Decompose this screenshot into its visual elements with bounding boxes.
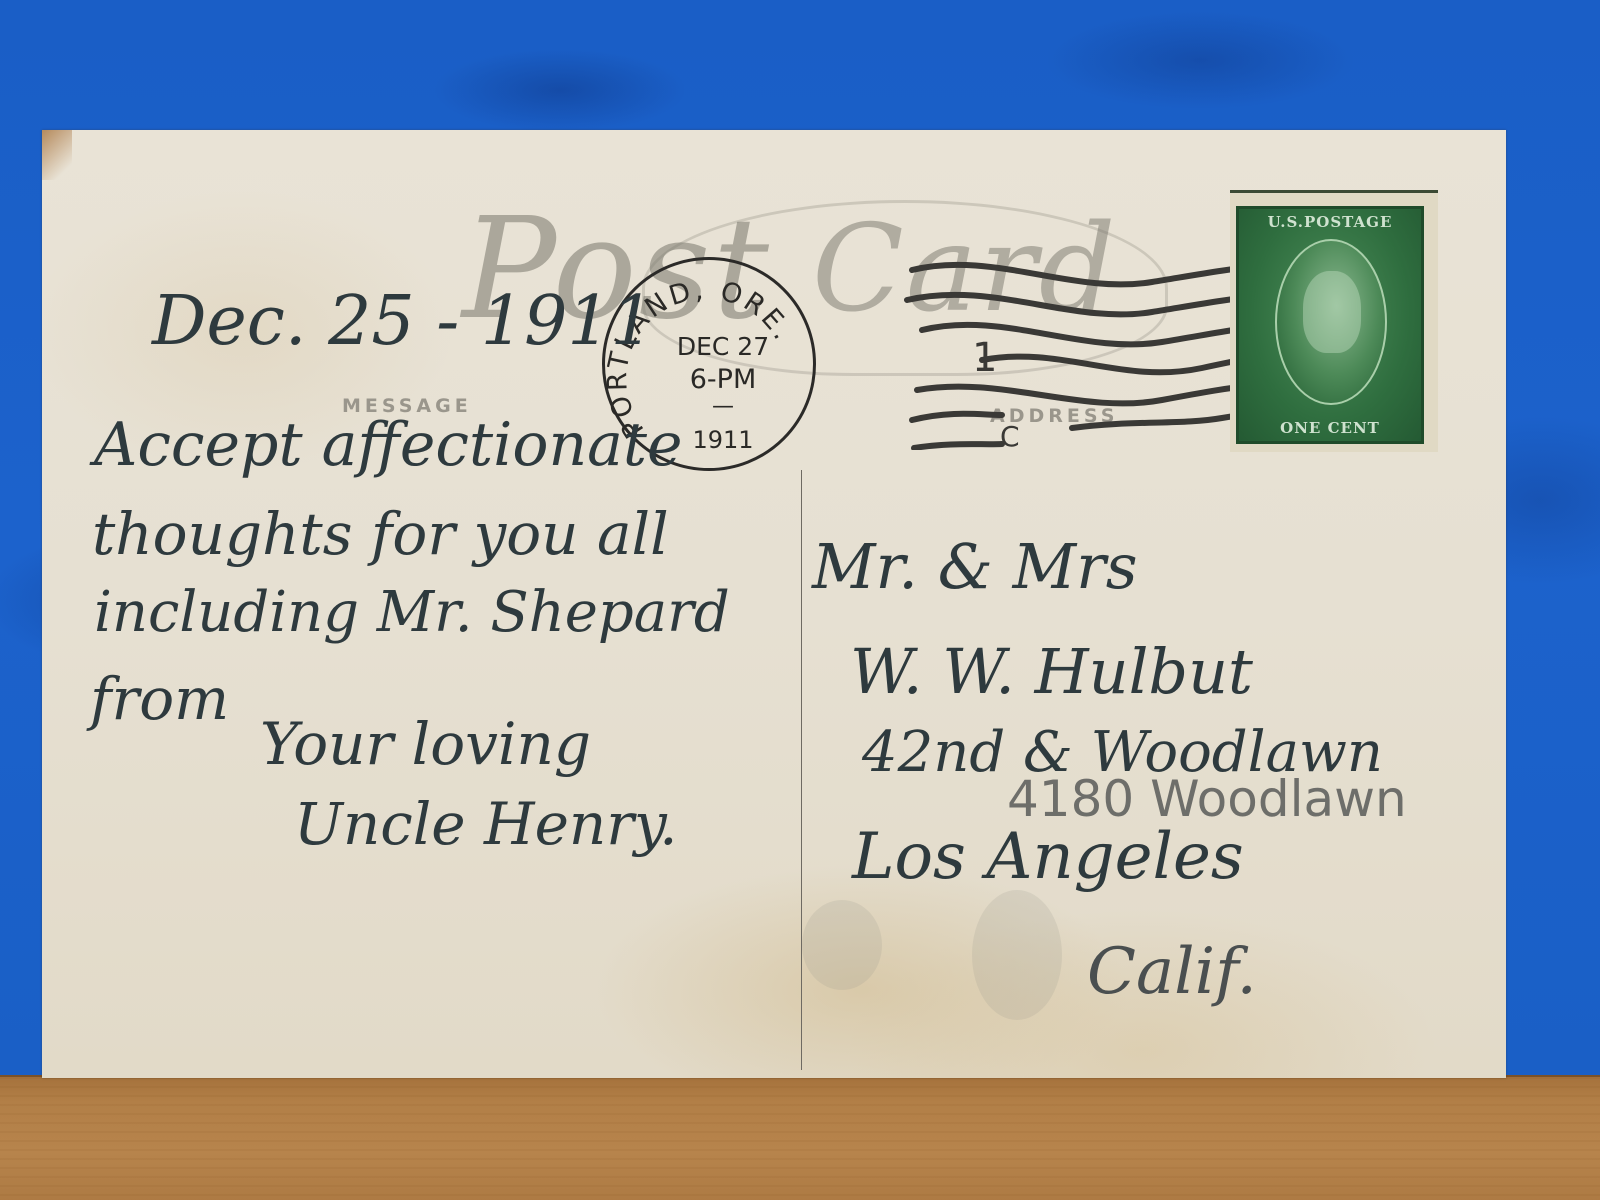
cancellation-number: 1 [972, 335, 997, 381]
postmark-time: 6-PM [619, 364, 827, 395]
message-line: from [90, 665, 229, 733]
stamp-portrait-oval [1275, 239, 1387, 405]
stamp-top-text: U.S.POSTAGE [1239, 213, 1421, 231]
stamp-value-text: ONE CENT [1239, 419, 1421, 437]
water-stain [802, 900, 882, 990]
corner-stain [42, 130, 72, 180]
address-line: W. W. Hulbut [850, 635, 1253, 708]
address-line: Calif. [1087, 935, 1257, 1009]
stamp-guide-line [1230, 190, 1438, 193]
center-divider [801, 470, 802, 1070]
address-line: Mr. & Mrs [812, 530, 1138, 603]
cancellation-letter: C [1000, 420, 1020, 453]
wooden-shelf [0, 1075, 1600, 1200]
water-stain [972, 890, 1062, 1020]
message-signature: Uncle Henry. [294, 790, 678, 858]
postcard: Post Card MESSAGE ADDRESS 1 C PORTLAND, … [42, 130, 1506, 1078]
postage-stamp: U.S.POSTAGE ONE CENT [1230, 190, 1438, 452]
address-line: Los Angeles [852, 820, 1244, 894]
stamp-face: U.S.POSTAGE ONE CENT [1236, 206, 1424, 444]
message-line: thoughts for you all [92, 500, 669, 568]
message-line: including Mr. Shepard [94, 580, 730, 645]
message-date: Dec. 25 - 1911 [152, 282, 654, 361]
message-line: Your loving [260, 710, 591, 778]
message-line: Accept affectionate [94, 410, 683, 480]
franklin-portrait-icon [1303, 271, 1361, 353]
